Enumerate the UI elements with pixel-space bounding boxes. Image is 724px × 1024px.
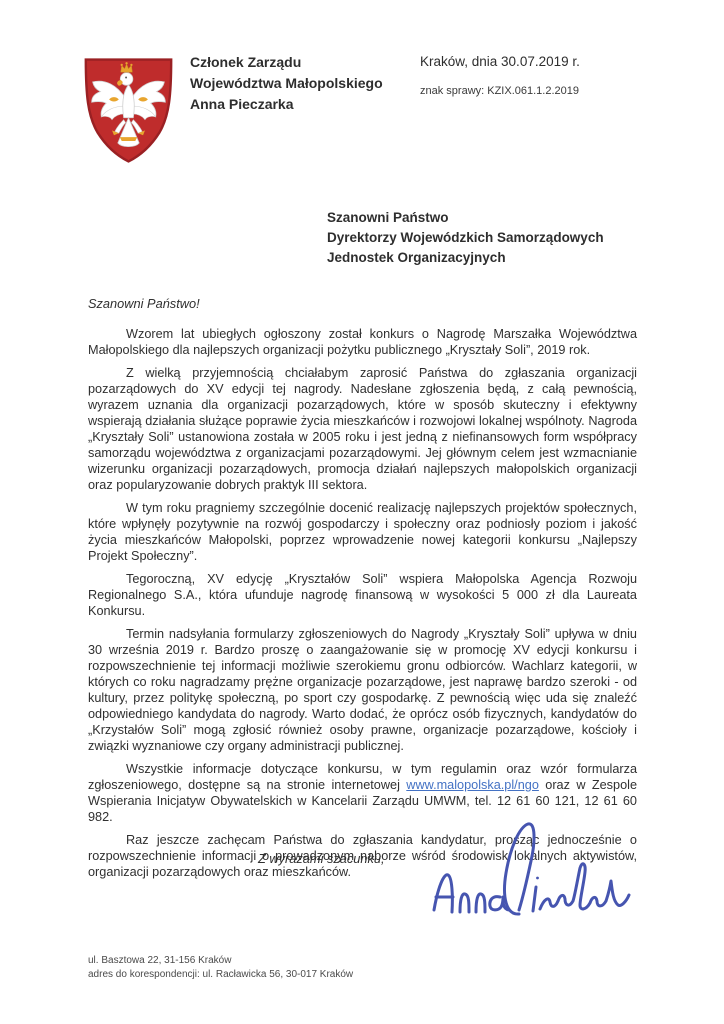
sender-org-line: Województwa Małopolskiego (190, 73, 383, 94)
paragraph-sponsor: Tegoroczną, XV edycję „Kryształów Soli” … (88, 571, 637, 619)
addressee-line: Dyrektorzy Wojewódzkich Samorządowych (327, 228, 604, 248)
case-reference: znak sprawy: KZIX.061.1.2.2019 (420, 85, 580, 97)
date-block: Kraków, dnia 30.07.2019 r. znak sprawy: … (420, 54, 580, 97)
letter-page: Członek Zarządu Województwa Małopolskieg… (0, 0, 724, 1024)
salutation: Szanowni Państwo! (88, 296, 200, 311)
place-and-date: Kraków, dnia 30.07.2019 r. (420, 54, 580, 69)
handwritten-signature (420, 815, 640, 937)
paragraph-invitation: Z wielką przyjemnością chciałabym zapros… (88, 365, 637, 493)
addressee-line: Jednostek Organizacyjnych (327, 248, 604, 268)
paragraph-new-category: W tym roku pragniemy szczególnie docenić… (88, 500, 637, 564)
sender-block: Członek Zarządu Województwa Małopolskieg… (190, 52, 383, 115)
footer-address-block: ul. Basztowa 22, 31-156 Kraków adres do … (88, 954, 353, 982)
paragraph-intro: Wzorem lat ubiegłych ogłoszony został ko… (88, 326, 637, 358)
closing-phrase: Z wyrazami szacunku, (258, 851, 385, 866)
footer-address-line: ul. Basztowa 22, 31-156 Kraków (88, 954, 353, 968)
addressee-line: Szanowni Państwo (327, 208, 604, 228)
malopolska-ngo-link[interactable]: www.malopolska.pl/ngo (406, 778, 539, 792)
footer-correspondence-line: adres do korespondencji: ul. Racławicka … (88, 968, 353, 982)
addressee-block: Szanowni Państwo Dyrektorzy Wojewódzkich… (327, 208, 604, 268)
eagle-eye (125, 77, 127, 79)
paragraph-deadline: Termin nadsyłania formularzy zgłoszeniow… (88, 626, 637, 754)
sender-name-line: Anna Pieczarka (190, 94, 383, 115)
malopolska-coat-of-arms-icon (80, 54, 177, 166)
sender-title-line: Członek Zarządu (190, 52, 383, 73)
letter-body: Wzorem lat ubiegłych ogłoszony został ko… (88, 326, 637, 887)
